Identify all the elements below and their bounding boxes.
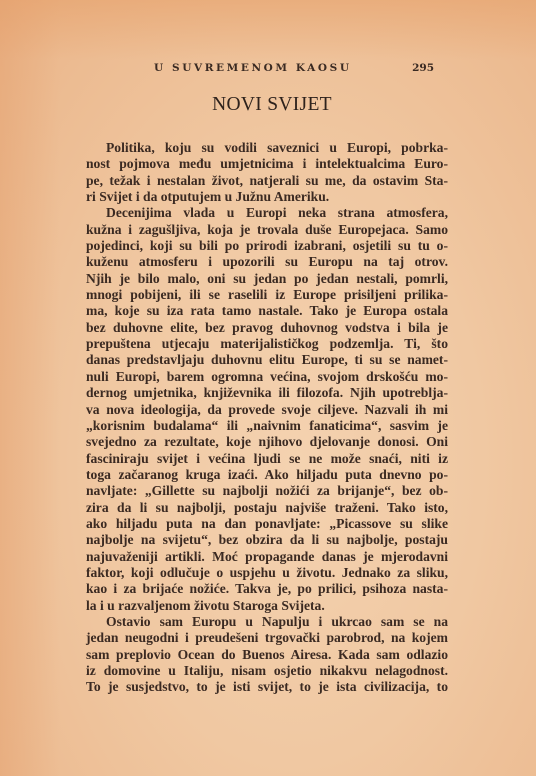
text-line: ri Svijet i da otputujem u Južnu Ameriku… xyxy=(86,189,448,205)
text-line: navljate: „Gillette su najbolji nožići z… xyxy=(86,483,448,499)
text-line: toga začaranog kruga izaći. Ako hiljadu … xyxy=(86,467,448,483)
text-line: pojedinci, koji su bili po prirodi izabr… xyxy=(86,238,448,254)
text-line: nost pojmova među umjetnicima i intelekt… xyxy=(86,156,448,172)
page-number: 295 xyxy=(412,62,434,74)
text-line: jedan neugodni i preudešeni trgovački pa… xyxy=(86,630,448,646)
text-line: iz domovine u Italiju, nisam osjetio nik… xyxy=(86,663,448,679)
text-line: zira da li su najbolji, postaju najviše … xyxy=(86,500,448,516)
text-line: nuli Europi, barem ogromna većina, svojo… xyxy=(86,369,448,385)
text-line: bez duhovne elite, bez pravog duhovnog v… xyxy=(86,320,448,336)
paper-shading-top xyxy=(0,0,536,60)
paper-shading-left xyxy=(0,0,60,776)
text-line: Decenijima vlada u Europi neka strana at… xyxy=(86,205,448,221)
text-line: Politika, koju su vodili saveznici u Eur… xyxy=(86,140,448,156)
text-line: svejedno za rezultate, koje njihovo djel… xyxy=(86,434,448,450)
text-line: najbolje na svijetu“, bez obzira da li s… xyxy=(86,532,448,548)
running-header: U SUVREMENOM KAOSU 295 xyxy=(150,62,450,76)
text-line: dernog umjetnika, književnika ili filozo… xyxy=(86,385,448,401)
text-line: va nova ideologija, da provede svoje cil… xyxy=(86,402,448,418)
text-line: la i u razvaljenom životu Staroga Svijet… xyxy=(86,598,448,614)
text-line: To je susjedstvo, to je isti svijet, to … xyxy=(86,679,448,695)
text-line: sam preplovio Ocean do Buenos Airesa. Ka… xyxy=(86,647,448,663)
text-line: kao i za brijaće nožiće. Takva je, po pr… xyxy=(86,581,448,597)
text-line: kužna i zagušljiva, koja je trovala duše… xyxy=(86,222,448,238)
text-line: prepuštena utjecaju materijalističkog po… xyxy=(86,336,448,352)
text-line: faktor, koji odlučuje o uspjehu u životu… xyxy=(86,565,448,581)
text-line: najuvaženiji artikli. Moć propagande dan… xyxy=(86,549,448,565)
chapter-title: NOVI SVIJET xyxy=(0,94,536,116)
text-line: ako hiljadu puta na dan ponavljate: „Pic… xyxy=(86,516,448,532)
text-line: Njih je bilo malo, oni su jedan po jedan… xyxy=(86,271,448,287)
text-line: danas predstavljaju duhovnu elitu Europe… xyxy=(86,352,448,368)
text-line: Ostavio sam Europu u Napulju i ukrcao sa… xyxy=(86,614,448,630)
text-line: pe, težak i nestalan život, natjerali su… xyxy=(86,173,448,189)
body-text: Politika, koju su vodili saveznici u Eur… xyxy=(86,140,448,696)
text-line: fasciniraju svijet i većina ljudi se ne … xyxy=(86,451,448,467)
text-line: mnogi pobijeni, ili se raselili iz Europ… xyxy=(86,287,448,303)
text-line: „korisnim budalama“ ili „naivnim fanatic… xyxy=(86,418,448,434)
running-title: U SUVREMENOM KAOSU xyxy=(154,62,352,74)
text-line: kuženu atmosferu i upozorili su Europu n… xyxy=(86,254,448,270)
text-line: ma, koje su iza rata tamo nastale. Tako … xyxy=(86,303,448,319)
